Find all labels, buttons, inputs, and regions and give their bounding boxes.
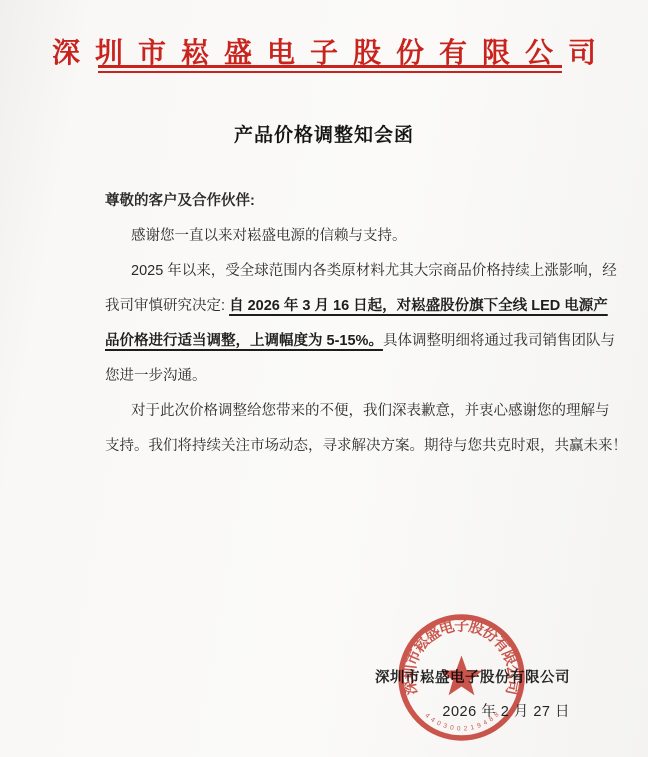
document-title: 产品价格调整知会函: [0, 120, 648, 147]
body-paragraph-lines: 感谢您一直以来对崧盛电源的信赖与支持。2025 年以来，受全球范围内各类原材料尤…: [105, 219, 565, 464]
letterhead-double-rule: [98, 65, 562, 73]
body-text-emphasized: 自 2026 年 3 月 16 日起，对崧盛股份旗下全线 LED 电源产: [229, 298, 608, 314]
body-text: 您进一步沟通。: [105, 368, 207, 384]
body-text: 具体调整明细将通过我司销售团队与: [383, 333, 615, 349]
body-line: 品价格进行适当调整，上调幅度为 5-15%。具体调整明细将通过我司销售团队与: [105, 324, 565, 359]
body-line: 感谢您一直以来对崧盛电源的信赖与支持。: [105, 219, 565, 254]
letter-page: 深圳市崧盛电子股份有限公司 产品价格调整知会函 尊敬的客户及合作伙伴: 感谢您一…: [0, 0, 648, 757]
signature-block: 深圳市崧盛电子股份有限公司 2026 年 2 月 27 日: [375, 666, 570, 721]
body-line: 对于此次价格调整给您带来的不便，我们深表歉意，并衷心感谢您的理解与: [105, 394, 565, 429]
body-text-emphasized: 品价格进行适当调整，上调幅度为 5-15%。: [105, 333, 383, 349]
body-text: 2025 年以来，受全球范围内各类原材料尤其大宗商品价格持续上涨影响，经: [131, 263, 617, 279]
body-text: 对于此次价格调整给您带来的不便，我们深表歉意，并衷心感谢您的理解与: [131, 403, 610, 419]
body-line: 支持。我们将持续关注市场动态，寻求解决方案。期待与您共克时艰，共赢未来！: [105, 429, 565, 464]
body-line: 您进一步沟通。: [105, 359, 565, 394]
body-text: 我司审慎研究决定:: [105, 298, 229, 314]
body-text: 感谢您一直以来对崧盛电源的信赖与支持。: [131, 228, 407, 244]
salutation: 尊敬的客户及合作伙伴:: [105, 184, 565, 219]
body-line: 我司审慎研究决定: 自 2026 年 3 月 16 日起，对崧盛股份旗下全线 L…: [105, 289, 565, 324]
body-text: 支持。我们将持续关注市场动态，寻求解决方案。期待与您共克时艰，共赢未来！: [105, 438, 627, 454]
letter-body: 尊敬的客户及合作伙伴: 感谢您一直以来对崧盛电源的信赖与支持。2025 年以来，…: [105, 184, 565, 464]
body-line: 2025 年以来，受全球范围内各类原材料尤其大宗商品价格持续上涨影响，经: [105, 254, 565, 289]
signature-date: 2026 年 2 月 27 日: [375, 700, 570, 721]
signature-company-name: 深圳市崧盛电子股份有限公司: [375, 666, 570, 687]
